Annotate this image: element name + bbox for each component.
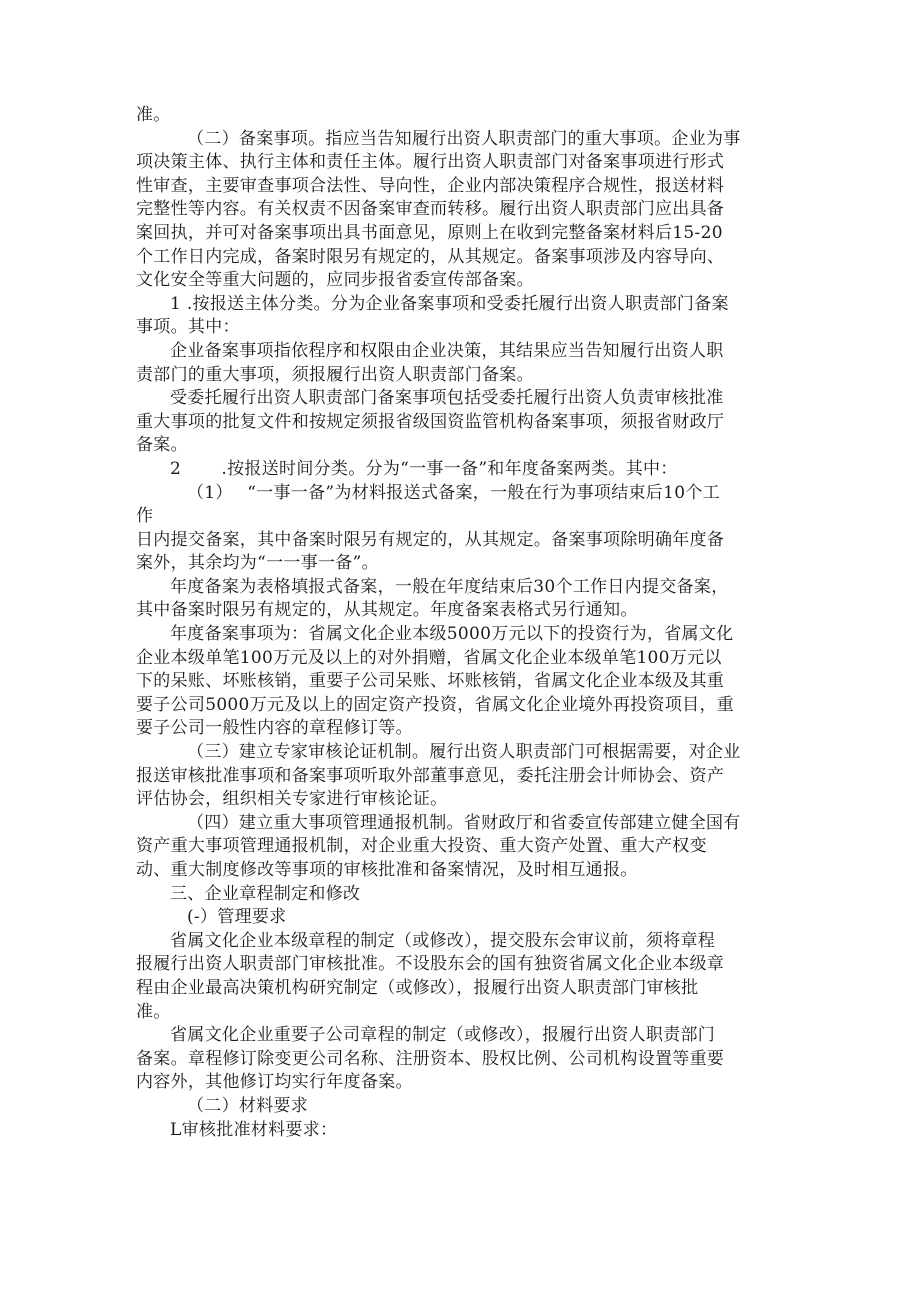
- text-line: 项决策主体、执行主体和责任主体。履行出资人职责部门对备案事项进行形式: [136, 151, 776, 175]
- text-line: 评估协会，组织相关专家进行审核论证。: [136, 788, 776, 812]
- text-line: 准。: [136, 1001, 776, 1025]
- list-item-by-time: 2 .按报送时间分类。分为“一事一备”和年度备案两类。其中：: [136, 458, 776, 482]
- paragraph-start: 年度备案事项为：省属文化企业本级5000万元以下的投资行为，省属文化: [136, 623, 776, 647]
- text-line: 报履行出资人职责部门审核批准。不设股东会的国有独资省属文化企业本级章: [136, 953, 776, 977]
- text-line: 完整性等内容。有关权责不因备案审查而转移。履行出资人职责部门应出具备: [136, 198, 776, 222]
- text-line: 动、重大制度修改等事项的审核批准和备案情况，及时相互通报。: [136, 859, 776, 883]
- text-line: 重大事项的批复文件和按规定须报省级国资监管机构备案事项，须报省财政厅: [136, 411, 776, 435]
- text-line: 要子公司5000万元及以上的固定资产投资，省属文化企业境外再投资项目，重: [136, 694, 776, 718]
- section-heading-reporting-mechanism: （四）建立重大事项管理通报机制。省财政厅和省委宣传部建立健全国有: [136, 812, 776, 836]
- text-line: 要子公司一般性内容的章程修订等。: [136, 717, 776, 741]
- list-item-by-submitter: 1 .按报送主体分类。分为企业备案事项和受委托履行出资人职责部门备案: [136, 293, 776, 317]
- text-line: 资产重大事项管理通报机制，对企业重大投资、重大资产处置、重大产权变: [136, 835, 776, 859]
- text-line: 企业本级单笔100万元及以上的对外捐赠，省属文化企业本级单笔100万元以: [136, 647, 776, 671]
- sub-item-one-event-one-filing: （1） “一事一备”为材料报送式备案，一般在行为事项结束后10个工: [136, 482, 776, 506]
- chapter-heading-articles: 三、企业章程制定和修改: [136, 883, 776, 907]
- text-line: 作: [136, 505, 776, 529]
- section-heading-management-requirements: (-）管理要求: [136, 906, 776, 930]
- text-line: 个工作日内完成，备案时限另有规定的，从其规定。备案事项涉及内容导向、: [136, 246, 776, 270]
- paragraph-start: 企业备案事项指依程序和权限由企业决策，其结果应当告知履行出资人职: [136, 340, 776, 364]
- paragraph-start: 受委托履行出资人职责部门备案事项包括受委托履行出资人负责审核批准: [136, 387, 776, 411]
- text-line: 性审查，主要审查事项合法性、导向性，企业内部决策程序合规性，报送材料: [136, 175, 776, 199]
- text-line: 其中备案时限另有规定的，从其规定。年度备案表格式另行通知。: [136, 599, 776, 623]
- text-line: 报送审核批准事项和备案事项听取外部董事意见，委托注册会计师协会、资产: [136, 765, 776, 789]
- text-line: 案回执，并可对备案事项出具书面意见，原则上在收到完整备案材料后15-20: [136, 222, 776, 246]
- text-line: 程由企业最高决策机构研究制定（或修改），报履行出资人职责部门审核批: [136, 977, 776, 1001]
- section-heading-expert-review: （三）建立专家审核论证机制。履行出资人职责部门可根据需要，对企业: [136, 741, 776, 765]
- text-line: 文化安全等重大问题的，应同步报省委宣传部备案。: [136, 269, 776, 293]
- section-heading-filing-matters: （二）备案事项。指应当告知履行出资人职责部门的重大事项。企业为事: [136, 128, 776, 152]
- text-line: 责部门的重大事项，须报履行出资人职责部门备案。: [136, 364, 776, 388]
- text-line: 日内提交备案，其中备案时限另有规定的，从其规定。备案事项除明确年度备: [136, 529, 776, 553]
- text-line: 下的呆账、坏账核销，重要子公司呆账、坏账核销，省属文化企业本级及其重: [136, 670, 776, 694]
- text-line: 备案。: [136, 434, 776, 458]
- list-item-approval-materials: L审核批准材料要求：: [136, 1119, 776, 1143]
- text-line: 准。: [136, 104, 776, 128]
- text-line: 备案。章程修订除变更公司名称、注册资本、股权比例、公司机构设置等重要: [136, 1048, 776, 1072]
- document-page: 准。 （二）备案事项。指应当告知履行出资人职责部门的重大事项。企业为事 项决策主…: [136, 104, 776, 1142]
- paragraph-start: 年度备案为表格填报式备案，一般在年度结束后30个工作日内提交备案，: [136, 576, 776, 600]
- section-heading-material-requirements: （二）材料要求: [136, 1095, 776, 1119]
- paragraph-start: 省属文化企业本级章程的制定（或修改），提交股东会审议前，须将章程: [136, 930, 776, 954]
- paragraph-start: 省属文化企业重要子公司章程的制定（或修改），报履行出资人职责部门: [136, 1024, 776, 1048]
- text-line: 案外，其余均为“一一事一备”。: [136, 552, 776, 576]
- text-line: 内容外，其他修订均实行年度备案。: [136, 1071, 776, 1095]
- text-line: 事项。其中：: [136, 316, 776, 340]
